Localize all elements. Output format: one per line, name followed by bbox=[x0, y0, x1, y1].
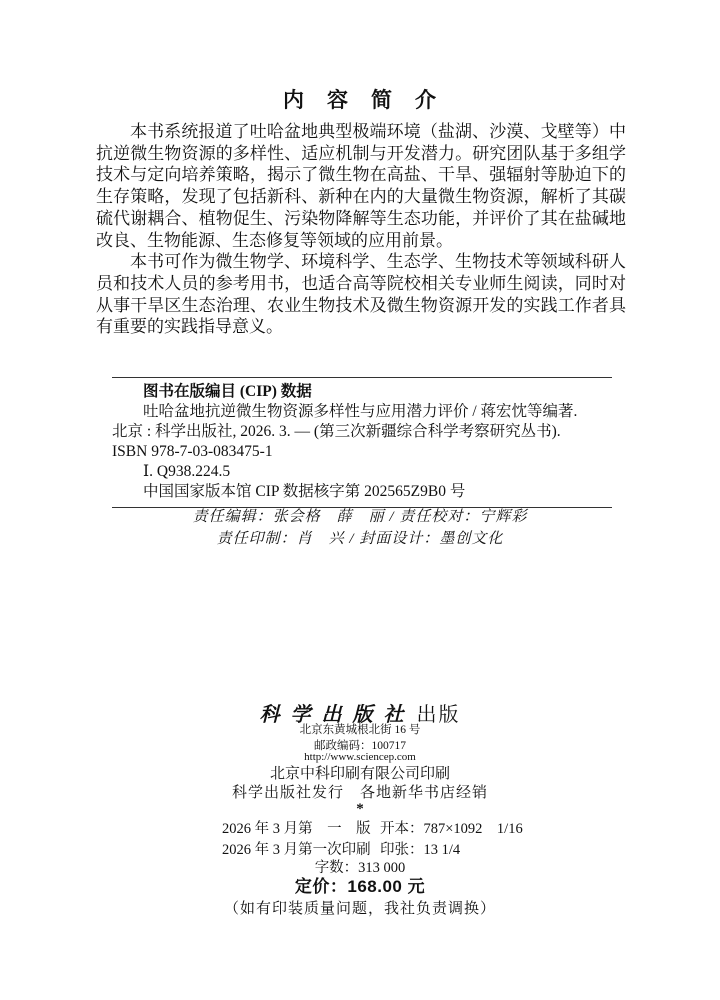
separator-asterisk: * bbox=[0, 801, 720, 818]
cip-title-line: 吐哈盆地抗逆微生物资源多样性与应用潜力评价 / 蒋宏忱等编著. bbox=[112, 402, 612, 422]
cip-registry-number: 中国国家版本馆 CIP 数据核字第 202565Z9B0 号 bbox=[112, 482, 612, 502]
intro-paragraph-2: 本书可作为微生物学、环境科学、生态学、生物技术等领域科研人员和技术人员的参考用书… bbox=[96, 251, 626, 338]
quality-note: （如有印装质量问题，我社负责调换） bbox=[0, 897, 720, 918]
price-line: 定价：168.00 元 bbox=[0, 872, 720, 897]
cip-publisher-line: 北京 : 科学出版社, 2026. 3. — (第三次新疆综合科学考察研究丛书)… bbox=[112, 422, 612, 442]
credits-editors-line: 责任编辑：张会格 薛 丽 / 责任校对：宁辉彩 bbox=[0, 506, 720, 528]
cip-heading: 图书在版编目 (CIP) 数据 bbox=[112, 382, 612, 402]
printer-line: 北京中科印刷有限公司印刷 bbox=[0, 762, 720, 783]
intro-body: 本书系统报道了吐哈盆地典型极端环境（盐湖、沙漠、戈壁等）中抗逆微生物资源的多样性… bbox=[96, 121, 626, 338]
cip-block: 图书在版编目 (CIP) 数据 吐哈盆地抗逆微生物资源多样性与应用潜力评价 / … bbox=[112, 377, 612, 508]
copyright-page: 内 容 简 介 本书系统报道了吐哈盆地典型极端环境（盐湖、沙漠、戈壁等）中抗逆微… bbox=[0, 0, 720, 1000]
edition-format-row: 2026 年 3 月第 一 版 开本：787×1092 1/16 bbox=[222, 817, 552, 838]
edition-info: 2026 年 3 月第 一 版 bbox=[222, 817, 380, 838]
intro-title: 内 容 简 介 bbox=[0, 84, 720, 114]
distribution-line: 科学出版社发行 各地新华书店经销 bbox=[0, 781, 720, 802]
credits-print-design-line: 责任印制：肖 兴 / 封面设计：墨创文化 bbox=[0, 528, 720, 550]
publisher-address: 北京东黄城根北街 16 号 bbox=[0, 721, 720, 737]
cip-isbn: ISBN 978-7-03-083475-1 bbox=[112, 442, 612, 462]
cip-class-code: Ⅰ. Q938.224.5 bbox=[112, 462, 612, 482]
intro-paragraph-1: 本书系统报道了吐哈盆地典型极端环境（盐湖、沙漠、戈壁等）中抗逆微生物资源的多样性… bbox=[96, 121, 626, 251]
format-info: 开本：787×1092 1/16 bbox=[380, 817, 523, 838]
